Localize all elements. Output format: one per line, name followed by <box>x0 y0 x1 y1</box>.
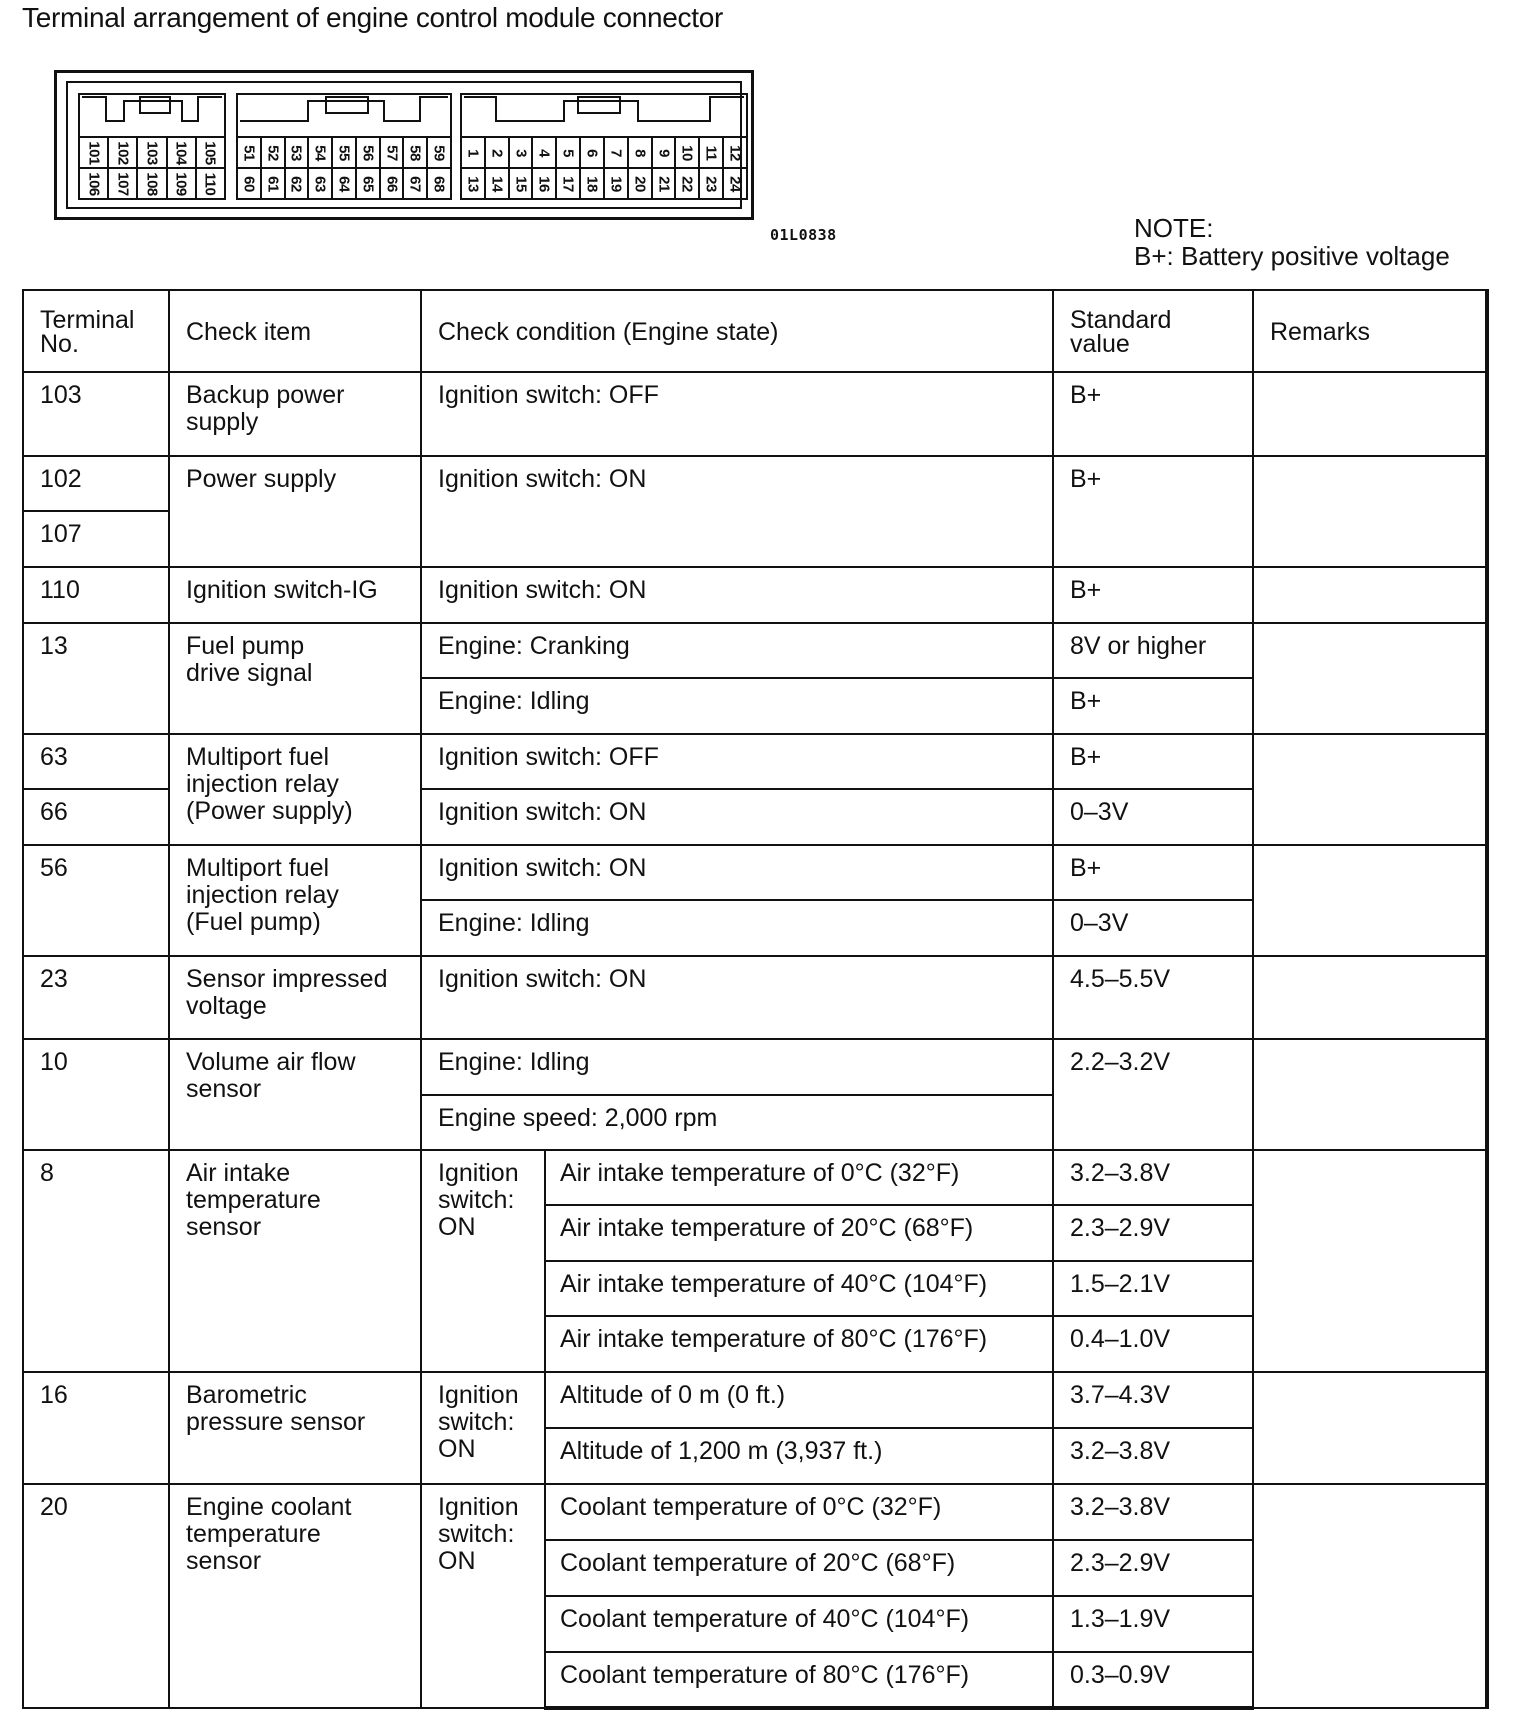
terminal-pin-number: 109 <box>173 172 190 196</box>
standard-value: 2.2–3.2V <box>1053 1039 1253 1150</box>
terminal-pin: 66 <box>379 167 403 198</box>
check-condition: Ignition switch: OFF <box>421 734 1053 789</box>
terminal-no: 102 <box>23 456 169 511</box>
terminal-pin: 55 <box>331 136 355 167</box>
standard-value: 8V or higher <box>1053 623 1253 678</box>
check-item: Engine coolant temperature sensor <box>169 1484 421 1708</box>
terminal-pin: 4 <box>531 136 555 167</box>
terminal-pin-number: 17 <box>560 176 577 192</box>
terminal-pin-number: 66 <box>383 176 400 192</box>
terminal-pin: 52 <box>260 136 284 167</box>
terminal-no: 110 <box>23 567 169 623</box>
terminal-no: 56 <box>23 845 169 956</box>
terminal-pin-number: 59 <box>431 145 448 161</box>
terminal-no: 23 <box>23 956 169 1039</box>
table-row: 56 Multiport fuel injection relay (Fuel … <box>23 845 1487 900</box>
check-item: Multiport fuel injection relay (Power su… <box>169 734 421 845</box>
note-text: B+: Battery positive voltage <box>1134 242 1450 270</box>
check-item: Air intake temperature sensor <box>169 1150 421 1372</box>
connector-block-left: 101102103104105 106107108109110 <box>78 93 226 200</box>
header-check-condition: Check condition (Engine state) <box>421 290 1053 372</box>
standard-value: B+ <box>1053 567 1253 623</box>
pin-grid: 515253545556575859 606162636465666768 <box>238 136 450 198</box>
terminal-pin: 60 <box>238 167 260 198</box>
check-item: Backup power supply <box>169 372 421 456</box>
standard-value: B+ <box>1053 734 1253 789</box>
terminal-no: 20 <box>23 1484 169 1708</box>
terminal-pin-number: 55 <box>336 145 353 161</box>
header-standard-value: Standard value <box>1053 290 1253 372</box>
terminal-pin-number: 10 <box>679 145 696 161</box>
terminal-pin: 8 <box>627 136 651 167</box>
terminal-pin-number: 54 <box>312 145 329 161</box>
condition-group: Ignition switch: ON <box>421 1150 545 1372</box>
terminal-pin: 108 <box>136 167 165 198</box>
terminal-pin: 102 <box>107 136 136 167</box>
pin-row-top: 101102103104105 <box>80 136 224 167</box>
terminal-pin: 58 <box>402 136 426 167</box>
terminal-pin-number: 24 <box>727 176 744 192</box>
check-item: Volume air flow sensor <box>169 1039 421 1150</box>
check-item: Ignition switch-IG <box>169 567 421 623</box>
terminal-pin: 17 <box>555 167 579 198</box>
table-row: 16 Barometric pressure sensor Ignition s… <box>23 1372 1487 1428</box>
terminal-pin: 24 <box>722 167 746 198</box>
check-condition: Ignition switch: ON <box>421 789 1053 845</box>
latch-icon <box>238 95 450 140</box>
terminal-pin-number: 60 <box>240 176 257 192</box>
header-check-item: Check item <box>169 290 421 372</box>
check-condition: Coolant temperature of 0°C (32°F) <box>545 1484 1053 1540</box>
check-condition: Air intake temperature of 80°C (176°F) <box>545 1316 1053 1372</box>
terminal-pin-number: 5 <box>560 149 577 157</box>
header-remarks: Remarks <box>1253 290 1487 372</box>
check-condition: Air intake temperature of 0°C (32°F) <box>545 1150 1053 1205</box>
terminal-pin: 16 <box>531 167 555 198</box>
terminal-pin-number: 13 <box>464 176 481 192</box>
terminal-pin: 2 <box>484 136 508 167</box>
check-item: Fuel pump drive signal <box>169 623 421 734</box>
terminal-pin: 18 <box>579 167 603 198</box>
standard-value: 1.5–2.1V <box>1053 1261 1253 1316</box>
check-condition: Engine speed: 2,000 rpm <box>421 1095 1053 1150</box>
terminal-pin-number: 65 <box>359 176 376 192</box>
terminal-pin: 54 <box>307 136 331 167</box>
terminal-pin: 67 <box>402 167 426 198</box>
terminal-pin: 20 <box>627 167 651 198</box>
table-row: 23 Sensor impressed voltage Ignition swi… <box>23 956 1487 1039</box>
standard-value: 3.7–4.3V <box>1053 1372 1253 1428</box>
terminal-pin-number: 53 <box>288 145 305 161</box>
terminal-pin: 110 <box>195 167 224 198</box>
terminal-pin: 105 <box>195 136 224 167</box>
standard-value: 3.2–3.8V <box>1053 1150 1253 1205</box>
check-condition: Engine: Cranking <box>421 623 1053 678</box>
figure-code: 01L0838 <box>770 226 837 244</box>
check-condition: Altitude of 1,200 m (3,937 ft.) <box>545 1428 1053 1484</box>
remarks <box>1253 734 1487 845</box>
check-item: Multiport fuel injection relay (Fuel pum… <box>169 845 421 956</box>
terminal-pin-number: 22 <box>679 176 696 192</box>
terminal-pin-number: 108 <box>144 172 161 196</box>
remarks <box>1253 372 1487 456</box>
terminal-no: 13 <box>23 623 169 734</box>
terminal-pin: 101 <box>80 136 107 167</box>
terminal-pin: 68 <box>426 167 450 198</box>
terminal-pin: 9 <box>651 136 675 167</box>
terminal-pin: 57 <box>379 136 403 167</box>
terminal-pin: 13 <box>462 167 484 198</box>
check-item: Sensor impressed voltage <box>169 956 421 1039</box>
standard-value: 4.5–5.5V <box>1053 956 1253 1039</box>
pin-row-bottom: 131415161718192021222324 <box>462 167 746 198</box>
terminal-pin: 63 <box>307 167 331 198</box>
remarks <box>1253 1150 1487 1372</box>
terminal-pin-number: 20 <box>631 176 648 192</box>
note: NOTE: B+: Battery positive voltage <box>1134 214 1450 270</box>
terminal-pin-number: 51 <box>240 145 257 161</box>
remarks <box>1253 456 1487 567</box>
terminal-pin: 19 <box>603 167 627 198</box>
terminal-pin-number: 68 <box>431 176 448 192</box>
check-condition: Engine: Idling <box>421 900 1053 956</box>
check-condition: Coolant temperature of 40°C (104°F) <box>545 1596 1053 1652</box>
terminal-pin-number: 1 <box>464 149 481 157</box>
terminal-pin: 65 <box>355 167 379 198</box>
terminal-pin-number: 7 <box>607 149 624 157</box>
connector-block-middle: 515253545556575859 606162636465666768 <box>236 93 452 200</box>
terminal-pin-number: 4 <box>536 149 553 157</box>
connector-housing: 101102103104105 106107108109110 51525354… <box>66 81 742 209</box>
terminal-pin-number: 102 <box>114 141 131 165</box>
standard-value: B+ <box>1053 456 1253 567</box>
pin-row-top: 515253545556575859 <box>238 136 450 167</box>
remarks <box>1253 956 1487 1039</box>
terminal-pin: 6 <box>579 136 603 167</box>
pin-grid: 101102103104105 106107108109110 <box>80 136 224 198</box>
terminal-pin: 56 <box>355 136 379 167</box>
terminal-pin-number: 107 <box>114 172 131 196</box>
pin-row-bottom: 606162636465666768 <box>238 167 450 198</box>
standard-value: B+ <box>1053 678 1253 734</box>
check-condition: Engine: Idling <box>421 678 1053 734</box>
terminal-pin-number: 57 <box>383 145 400 161</box>
terminal-pin-number: 67 <box>407 176 424 192</box>
remarks <box>1253 1484 1487 1708</box>
terminal-pin-number: 110 <box>202 172 219 195</box>
terminal-pin-number: 104 <box>173 141 190 165</box>
terminal-pin: 7 <box>603 136 627 167</box>
terminal-pin: 109 <box>166 167 195 198</box>
table-row: 102 Power supply Ignition switch: ON B+ <box>23 456 1487 511</box>
connector-diagram: 101102103104105 106107108109110 51525354… <box>54 70 754 220</box>
terminal-pin: 1 <box>462 136 484 167</box>
remarks <box>1253 567 1487 623</box>
check-condition: Coolant temperature of 80°C (176°F) <box>545 1652 1053 1708</box>
terminal-pin-number: 3 <box>512 149 529 157</box>
terminal-pin-number: 56 <box>359 145 376 161</box>
terminal-pin-number: 105 <box>202 141 219 165</box>
table-row: 13 Fuel pump drive signal Engine: Cranki… <box>23 623 1487 678</box>
terminal-pin-number: 19 <box>607 176 624 192</box>
terminal-pin-number: 61 <box>264 176 281 192</box>
standard-value: 3.2–3.8V <box>1053 1428 1253 1484</box>
terminal-pin: 51 <box>238 136 260 167</box>
check-condition: Engine: Idling <box>421 1039 1053 1095</box>
terminal-pin: 12 <box>722 136 746 167</box>
terminal-pin-number: 63 <box>312 176 329 192</box>
terminal-pin-number: 21 <box>655 176 672 192</box>
table-row: 10 Volume air flow sensor Engine: Idling… <box>23 1039 1487 1095</box>
terminal-pin: 103 <box>136 136 165 167</box>
check-condition: Air intake temperature of 40°C (104°F) <box>545 1261 1053 1316</box>
check-condition: Coolant temperature of 20°C (68°F) <box>545 1540 1053 1596</box>
table-row: 103 Backup power supply Ignition switch:… <box>23 372 1487 456</box>
terminal-pin-number: 52 <box>264 145 281 161</box>
terminal-pin-number: 16 <box>536 176 553 192</box>
terminal-no: 103 <box>23 372 169 456</box>
terminal-pin: 14 <box>484 167 508 198</box>
latch-icon <box>462 95 746 140</box>
condition-group: Ignition switch: ON <box>421 1372 545 1484</box>
remarks <box>1253 1039 1487 1150</box>
terminal-no: 107 <box>23 511 169 567</box>
terminal-pin-number: 106 <box>85 172 102 196</box>
terminal-pin: 104 <box>166 136 195 167</box>
terminal-pin: 22 <box>674 167 698 198</box>
standard-value: 2.3–2.9V <box>1053 1540 1253 1596</box>
terminal-pin: 5 <box>555 136 579 167</box>
check-item: Barometric pressure sensor <box>169 1372 421 1484</box>
terminal-pin-number: 15 <box>512 176 529 192</box>
terminal-pin-number: 12 <box>727 145 744 161</box>
table-header-row: Terminal No. Check item Check condition … <box>23 290 1487 372</box>
remarks <box>1253 1372 1487 1484</box>
terminal-pin: 11 <box>698 136 722 167</box>
check-condition: Ignition switch: OFF <box>421 372 1053 456</box>
header-terminal: Terminal No. <box>23 290 169 372</box>
note-label: NOTE: <box>1134 214 1450 242</box>
check-condition: Air intake temperature of 20°C (68°F) <box>545 1205 1053 1261</box>
terminal-spec-table: Terminal No. Check item Check condition … <box>22 289 1489 1710</box>
standard-value: 3.2–3.8V <box>1053 1484 1253 1540</box>
terminal-pin: 61 <box>260 167 284 198</box>
remarks <box>1253 845 1487 956</box>
standard-value: 1.3–1.9V <box>1053 1596 1253 1652</box>
terminal-pin: 107 <box>107 167 136 198</box>
terminal-pin: 15 <box>508 167 532 198</box>
terminal-no: 16 <box>23 1372 169 1484</box>
condition-group: Ignition switch: ON <box>421 1484 545 1708</box>
terminal-pin: 23 <box>698 167 722 198</box>
remarks <box>1253 623 1487 734</box>
pin-grid: 123456789101112 131415161718192021222324 <box>462 136 746 198</box>
table-row: 20 Engine coolant temperature sensor Ign… <box>23 1484 1487 1540</box>
terminal-no: 63 <box>23 734 169 789</box>
terminal-pin: 64 <box>331 167 355 198</box>
terminal-pin-number: 11 <box>703 145 720 160</box>
terminal-pin-number: 62 <box>288 176 305 192</box>
check-condition: Ignition switch: ON <box>421 845 1053 900</box>
pin-row-top: 123456789101112 <box>462 136 746 167</box>
table-row: 8 Air intake temperature sensor Ignition… <box>23 1150 1487 1205</box>
terminal-pin: 59 <box>426 136 450 167</box>
terminal-pin: 106 <box>80 167 107 198</box>
terminal-pin-number: 2 <box>488 149 505 157</box>
terminal-pin: 53 <box>284 136 308 167</box>
terminal-pin: 21 <box>651 167 675 198</box>
terminal-pin: 3 <box>508 136 532 167</box>
page-title: Terminal arrangement of engine control m… <box>22 2 723 34</box>
check-condition: Ignition switch: ON <box>421 567 1053 623</box>
connector-block-right: 123456789101112 131415161718192021222324 <box>460 93 748 200</box>
check-condition: Altitude of 0 m (0 ft.) <box>545 1372 1053 1428</box>
table-row: 110 Ignition switch-IG Ignition switch: … <box>23 567 1487 623</box>
standard-value: B+ <box>1053 372 1253 456</box>
terminal-pin: 62 <box>284 167 308 198</box>
check-condition: Ignition switch: ON <box>421 456 1053 567</box>
table-row: 63 Multiport fuel injection relay (Power… <box>23 734 1487 789</box>
terminal-pin-number: 6 <box>584 149 601 157</box>
pin-row-bottom: 106107108109110 <box>80 167 224 198</box>
terminal-pin-number: 58 <box>407 145 424 161</box>
standard-value: 0–3V <box>1053 789 1253 845</box>
check-item: Power supply <box>169 456 421 567</box>
terminal-pin-number: 18 <box>584 176 601 192</box>
standard-value: 0.4–1.0V <box>1053 1316 1253 1372</box>
terminal-pin-number: 23 <box>703 176 720 192</box>
terminal-pin-number: 103 <box>144 141 161 165</box>
standard-value: 2.3–2.9V <box>1053 1205 1253 1261</box>
terminal-pin: 10 <box>674 136 698 167</box>
terminal-pin-number: 8 <box>631 149 648 157</box>
terminal-pin-number: 64 <box>336 176 353 192</box>
terminal-pin-number: 14 <box>488 176 505 192</box>
latch-icon <box>80 95 224 140</box>
standard-value: 0.3–0.9V <box>1053 1652 1253 1708</box>
terminal-pin-number: 101 <box>85 141 102 165</box>
terminal-no: 10 <box>23 1039 169 1150</box>
standard-value: B+ <box>1053 845 1253 900</box>
terminal-pin-number: 9 <box>655 149 672 157</box>
terminal-no: 66 <box>23 789 169 845</box>
standard-value: 0–3V <box>1053 900 1253 956</box>
check-condition: Ignition switch: ON <box>421 956 1053 1039</box>
terminal-no: 8 <box>23 1150 169 1372</box>
